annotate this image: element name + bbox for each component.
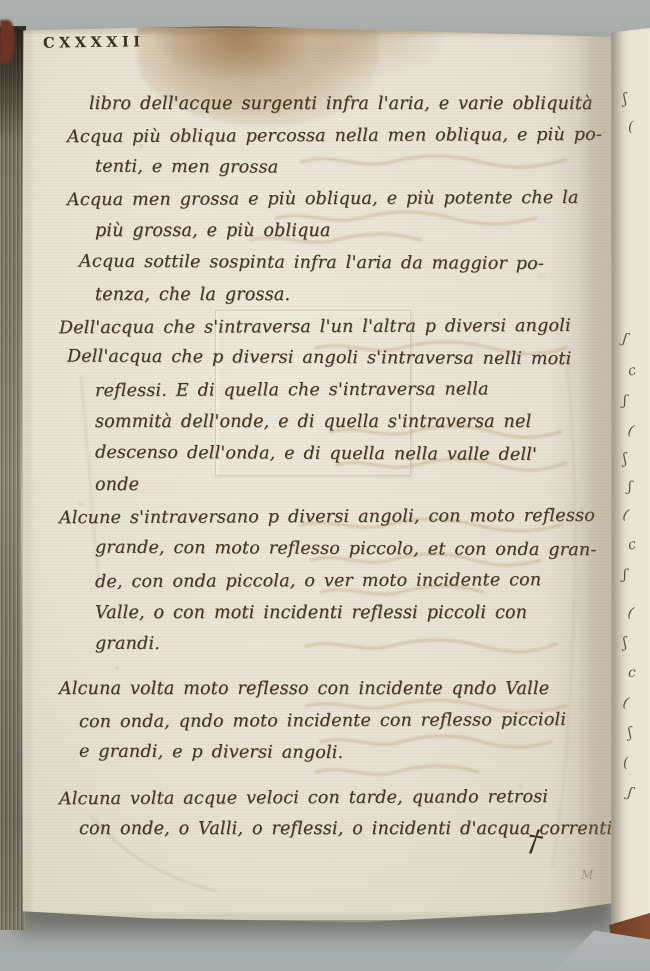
manuscript-photo: ʃ(ʃcʃ(ʃʃ(cʃ(ʃc(ʃ(ʃ (0, 0, 650, 971)
page-edge-shading (21, 26, 613, 922)
manuscript-page: CXXXXII libro dell'acque surgenti infra … (21, 26, 613, 922)
facing-page-edge: ʃ(ʃcʃ(ʃʃ(cʃ(ʃc(ʃ(ʃ (611, 28, 650, 930)
